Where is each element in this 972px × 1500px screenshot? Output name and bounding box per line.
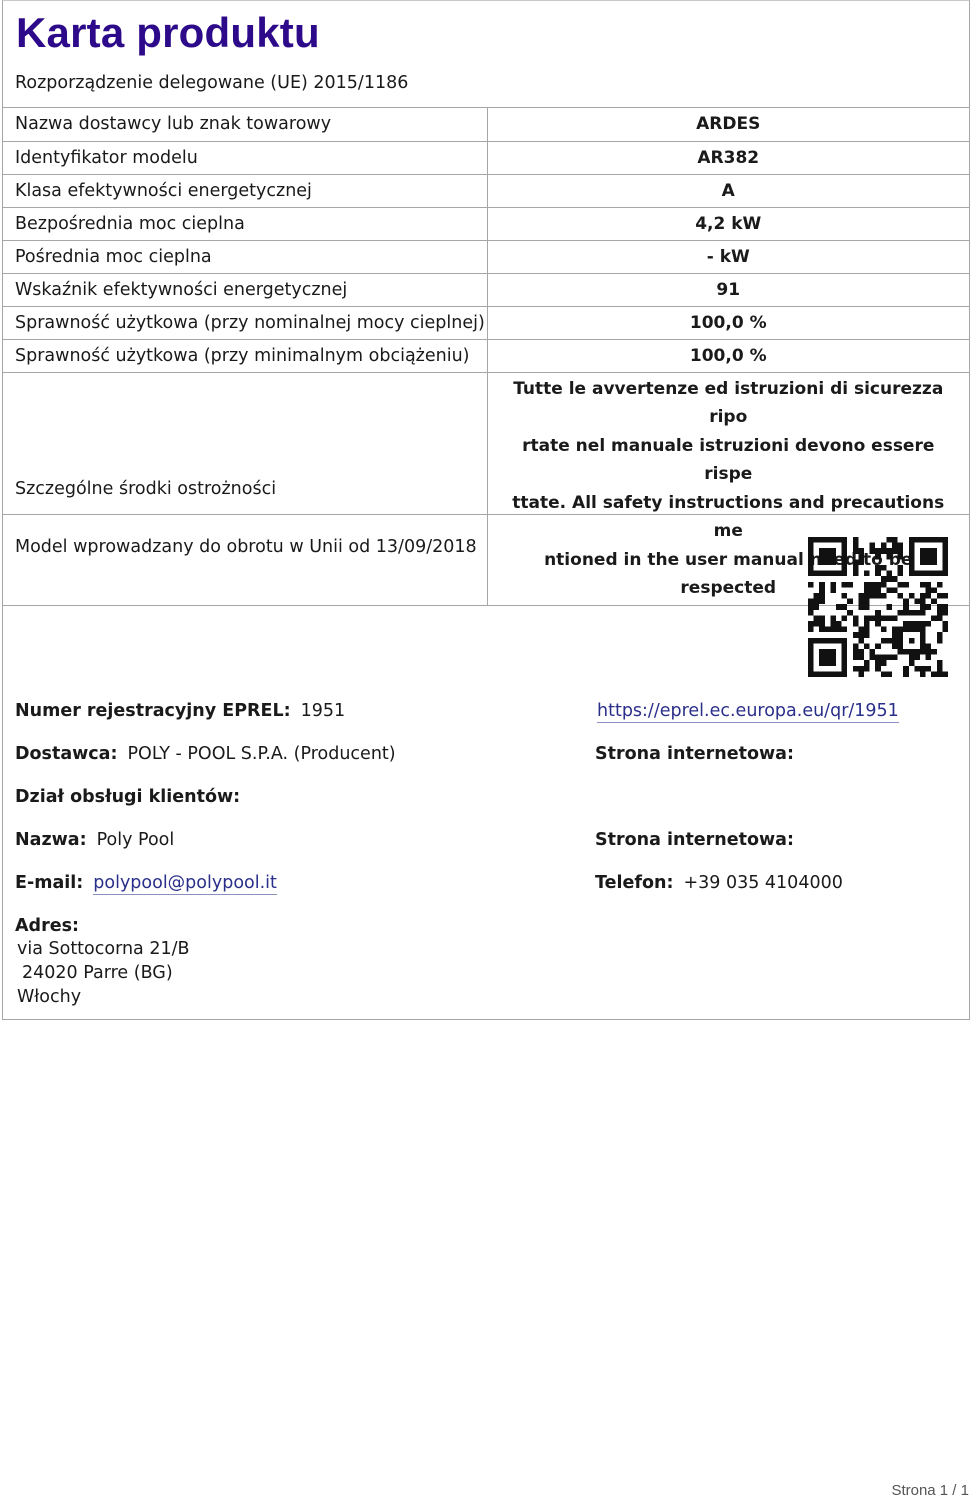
market-date-text: Model wprowadzany do obrotu w Unii od 13… <box>15 537 477 557</box>
eprel-link[interactable]: https://eprel.ec.europa.eu/qr/1951 <box>597 701 899 723</box>
table-row: Klasa efektywności energetycznej A <box>3 174 969 207</box>
spec-label: Klasa efektywności energetycznej <box>3 174 487 207</box>
cs-name-value: Poly Pool <box>97 830 175 850</box>
table-row: Pośrednia moc cieplna - kW <box>3 240 969 273</box>
supplier-row: Dostawca:POLY - POOL S.P.A. (Producent) <box>15 744 396 764</box>
customer-service-heading: Dział obsługi klientów: <box>15 787 250 807</box>
table-row: Sprawność użytkowa (przy nominalnej mocy… <box>3 306 969 339</box>
spec-label: Wskaźnik efektywności energetycznej <box>3 273 487 306</box>
spec-value: 100,0 % <box>487 306 969 339</box>
address-line: 24020 Parre (BG) <box>17 961 190 985</box>
cs-website-label: Strona internetowa: <box>595 830 794 850</box>
spec-value: - kW <box>487 240 969 273</box>
spec-value: 100,0 % <box>487 339 969 372</box>
eprel-link-row: https://eprel.ec.europa.eu/qr/1951 <box>597 701 899 721</box>
supplier-website-label: Strona internetowa: <box>595 744 794 764</box>
phone-row: Telefon:+39 035 4104000 <box>595 873 843 893</box>
cs-name-label: Nazwa: <box>15 830 87 850</box>
eprel-value: 1951 <box>301 701 346 721</box>
eprel-label: Numer rejestracyjny EPREL: <box>15 701 291 721</box>
email-row: E-mail:polypool@polypool.it <box>15 873 277 893</box>
spec-label: Identyfikator modelu <box>3 141 487 174</box>
spec-value: A <box>487 174 969 207</box>
page-indicator: Strona 1 / 1 <box>891 1482 969 1499</box>
eprel-number-row: Numer rejestracyjny EPREL:1951 <box>15 701 345 721</box>
spec-label: Nazwa dostawcy lub znak towarowy <box>3 108 487 141</box>
table-row: Nazwa dostawcy lub znak towarowy ARDES <box>3 108 969 141</box>
supplier-label: Dostawca: <box>15 744 118 764</box>
table-row: Identyfikator modelu AR382 <box>3 141 969 174</box>
address-heading: Adres: <box>15 916 89 936</box>
spec-value: ARDES <box>487 108 969 141</box>
address-line: via Sottocorna 21/B <box>17 937 190 961</box>
spec-label: Sprawność użytkowa (przy nominalnej mocy… <box>3 306 487 339</box>
supplier-info-panel: Model wprowadzany do obrotu w Unii od 13… <box>2 514 970 1020</box>
page-title: Karta produktu <box>3 1 969 59</box>
spec-label: Bezpośrednia moc cieplna <box>3 207 487 240</box>
email-link[interactable]: polypool@polypool.it <box>93 873 277 895</box>
address-line: Włochy <box>17 985 190 1009</box>
cs-name-row: Nazwa:Poly Pool <box>15 830 174 850</box>
precautions-line: Tutte le avvertenze ed istruzioni di sic… <box>496 375 962 432</box>
spec-value: 4,2 kW <box>487 207 969 240</box>
email-label: E-mail: <box>15 873 83 893</box>
phone-label: Telefon: <box>595 873 673 893</box>
precautions-line: rtate nel manuale istruzioni devono esse… <box>496 432 962 489</box>
table-row: Bezpośrednia moc cieplna 4,2 kW <box>3 207 969 240</box>
spec-value: AR382 <box>487 141 969 174</box>
supplier-value: POLY - POOL S.P.A. (Producent) <box>128 744 396 764</box>
qr-code-icon[interactable] <box>808 537 948 677</box>
spec-label: Pośrednia moc cieplna <box>3 240 487 273</box>
supplier-website-row: Strona internetowa: <box>595 744 804 764</box>
cs-website-row: Strona internetowa: <box>595 830 804 850</box>
regulation-reference: Rozporządzenie delegowane (UE) 2015/1186 <box>3 59 969 108</box>
spec-value: 91 <box>487 273 969 306</box>
spec-label: Sprawność użytkowa (przy minimalnym obci… <box>3 339 487 372</box>
phone-value: +39 035 4104000 <box>683 873 842 893</box>
address-block: via Sottocorna 21/B 24020 Parre (BG) Wło… <box>17 937 190 1009</box>
table-row: Wskaźnik efektywności energetycznej 91 <box>3 273 969 306</box>
table-row: Sprawność użytkowa (przy minimalnym obci… <box>3 339 969 372</box>
